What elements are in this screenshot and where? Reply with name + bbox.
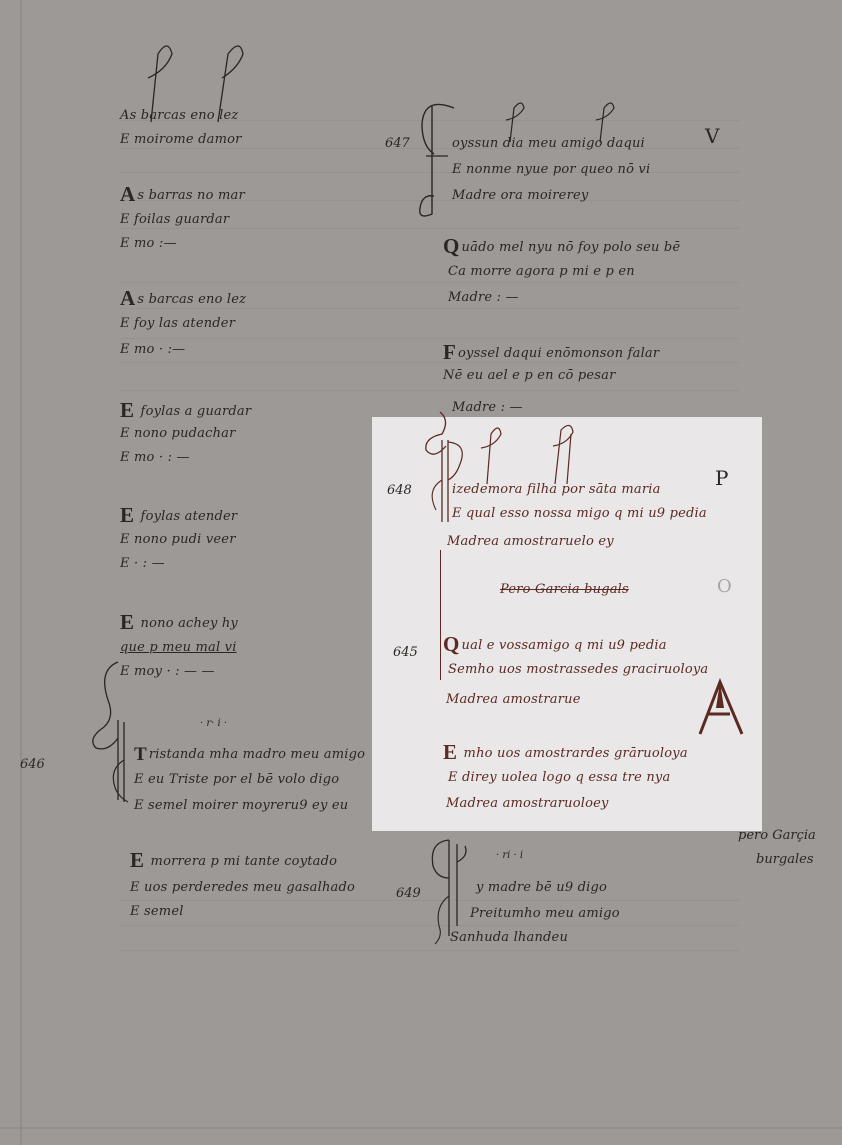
verse-line: Quādo mel nyu nō foy polo seu bē (443, 234, 680, 259)
verse-line: Sanhuda lhandeu (450, 930, 568, 945)
initial-letter: F (443, 340, 456, 364)
margin-letter: V (705, 124, 719, 148)
superscript-note: · r· i · (200, 718, 227, 729)
initial-letter: A (120, 182, 135, 206)
verse-line: E moirome damor (120, 132, 242, 147)
verse-line: E semel moirer moyreru9 ey eu (134, 798, 348, 813)
verse-line: Madrea amostrarue (446, 692, 581, 707)
verse-line: E uos perderedes meu gasalhado (130, 880, 355, 895)
verse-line: E nono achey hy (120, 610, 238, 635)
verse-line: As barras no mar (120, 182, 245, 207)
initial-letter: E (120, 398, 134, 422)
verse-line: E morrera p mi tante coytado (130, 848, 337, 873)
verse-line: E nono pudi veer (120, 532, 236, 547)
verse-line: E mho uos amostrardes grāruoloya (443, 740, 688, 765)
bracket-line (440, 550, 441, 680)
initial-letter: Q (443, 632, 460, 656)
poem-number: 649 (396, 886, 421, 901)
margin-annotation: burgales (756, 852, 814, 867)
poem-number: 647 (385, 136, 410, 151)
poem-number: 646 (20, 757, 45, 772)
verse-line: E foy las atender (120, 316, 235, 331)
initial-letter: T (134, 744, 147, 765)
initial-letter: Q (443, 234, 460, 258)
ruled-line (120, 950, 740, 951)
verse-line: E nonme nyue por queo nō vi (452, 162, 650, 177)
verse-line: Tristanda mha madro meu amigo (134, 744, 365, 766)
initial-letter: E (443, 740, 457, 764)
verse-line: E direy uolea logo q essa tre nya (448, 770, 670, 785)
verse-line: E nono pudachar (120, 426, 236, 441)
verse-line: Ca morre agora p mi e p en (448, 264, 635, 279)
verse-line: Madrea amostraruoloey (446, 796, 609, 811)
superscript-note: · ri · i (496, 850, 523, 861)
margin-letter: P (715, 466, 728, 490)
verse-line: oyssun dia meu amigo daqui (452, 136, 645, 151)
verse-line: Semho uos mostrassedes graciruoloya (448, 662, 708, 677)
verse-line: y madre bē u9 digo (476, 880, 607, 895)
verse-line: Foyssel daqui enōmonson falar (443, 340, 659, 365)
initial-letter: E (130, 848, 144, 872)
decorated-initial-t-icon (88, 660, 138, 810)
verse-line: E semel (130, 904, 184, 919)
verse-line: que p meu mal vi (120, 640, 237, 655)
verse-line: E · : — (120, 556, 165, 571)
decorated-initial-f-icon (414, 96, 464, 226)
page-edge (20, 0, 22, 1145)
verse-line: E foilas guardar (120, 212, 229, 227)
verse-line: E foylas atender (120, 503, 237, 528)
verse-line: Madre ora moirerey (452, 188, 588, 203)
poem-number: 648 (387, 483, 412, 498)
margin-letter: O (717, 576, 732, 597)
ruled-line (120, 338, 740, 339)
decorated-initial-a-icon (696, 678, 748, 736)
verse-line: E mo · :— (120, 342, 185, 357)
ruled-line (120, 390, 740, 391)
poem-number: 645 (393, 645, 418, 660)
verse-line: E mo · : — (120, 450, 190, 465)
verse-line: izedemora filha por sāta maria (452, 482, 661, 497)
initial-letter: E (120, 610, 134, 634)
verse-line: As barcas eno lez (120, 108, 238, 123)
initial-letter: E (120, 503, 134, 527)
flourish-ascender-icon (475, 420, 595, 490)
margin-annotation: pero Garçia (738, 828, 816, 843)
verse-line: E qual esso nossa migo q mi u9 pedia (452, 506, 707, 521)
verse-line: Preitumho meu amigo (470, 906, 620, 921)
verse-line: Qual e vossamigo q mi u9 pedia (443, 632, 667, 657)
ruled-line (120, 228, 740, 229)
struck-attribution: Pero Garcia bugals (500, 582, 629, 597)
ruled-line (120, 282, 740, 283)
verse-line: E eu Triste por el bē volo digo (134, 772, 339, 787)
verse-line: Madrea amostraruelo ey (447, 534, 614, 549)
page-edge-bottom (0, 1127, 842, 1129)
initial-letter: A (120, 286, 135, 310)
verse-line: Nē eu ael e p en cō pesar (443, 368, 616, 383)
verse-line: E foylas a guardar (120, 398, 251, 423)
verse-line: Madre : — (448, 290, 519, 305)
verse-line: E mo :— (120, 236, 177, 251)
verse-line: As barcas eno lez (120, 286, 246, 311)
